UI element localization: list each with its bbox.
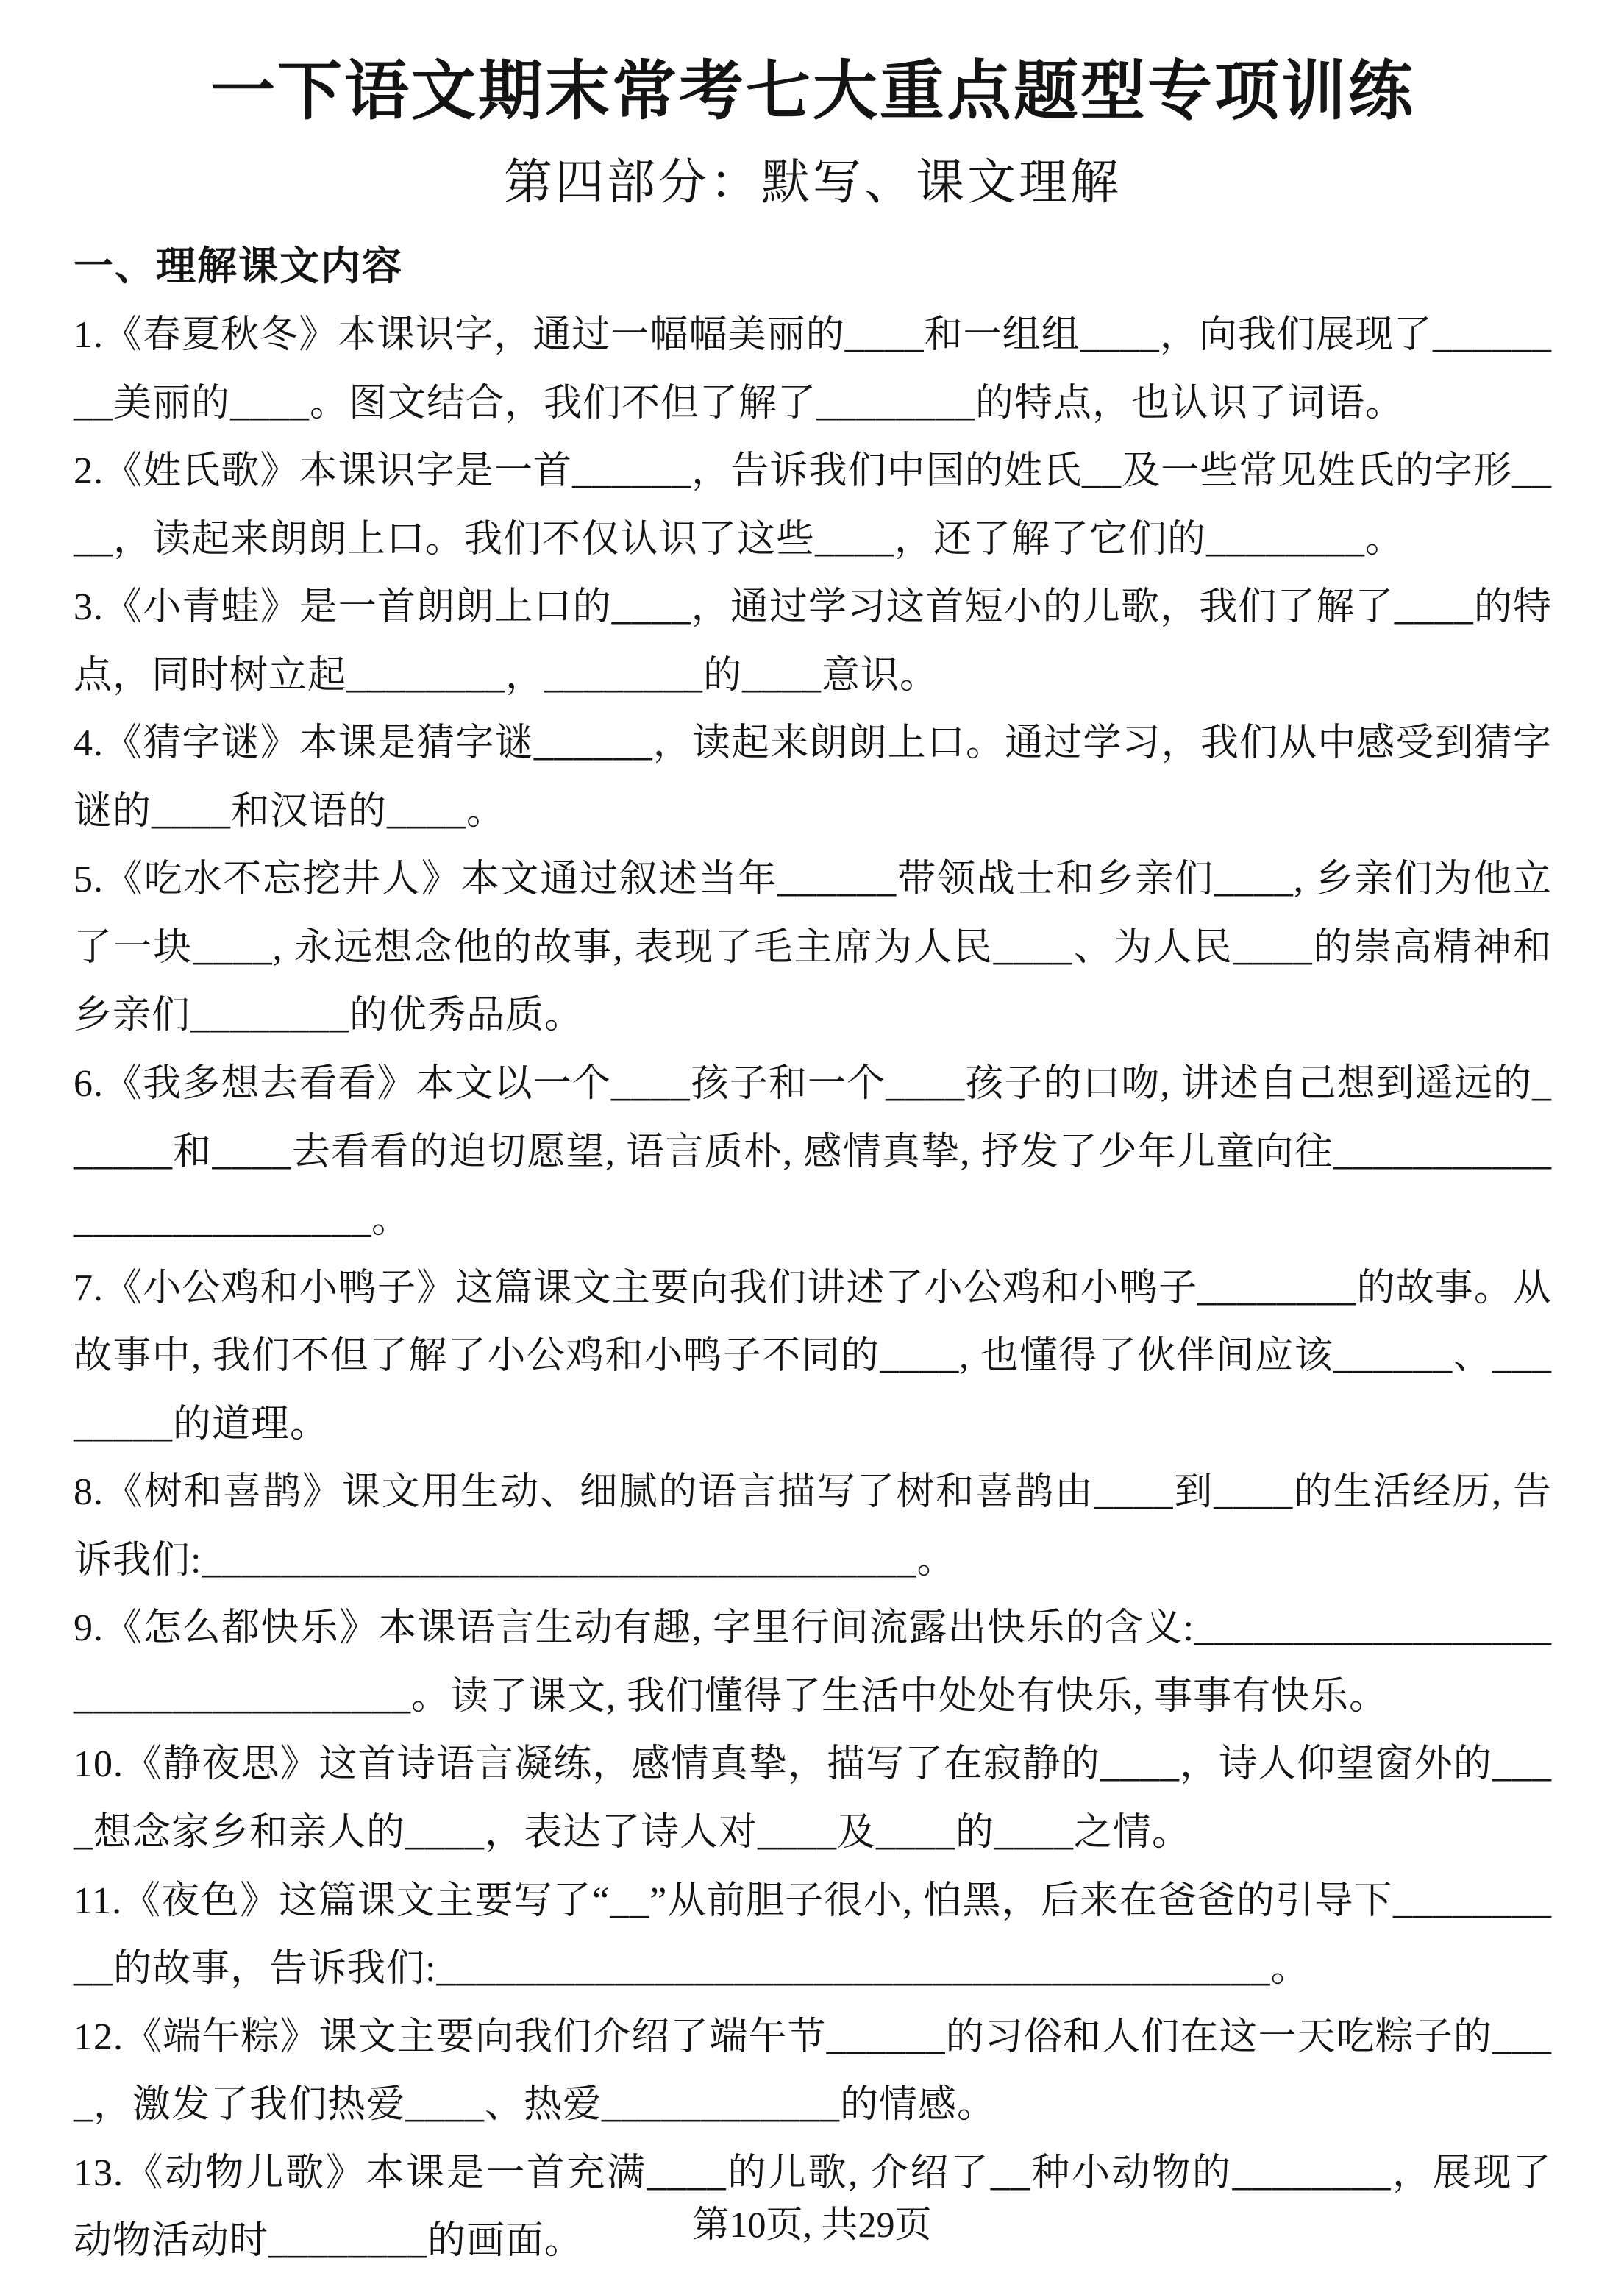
- question-item-9: 9.《怎么都快乐》本课语言生动有趣, 字里行间流露出快乐的含义:________…: [74, 1595, 1552, 1731]
- page-footer: 第10页, 共29页: [0, 2195, 1624, 2248]
- question-item-1: 1.《春夏秋冬》本课识字，通过一幅幅美丽的____和一组组____，向我们展现了…: [74, 302, 1552, 438]
- question-item-5: 5.《吃水不忘挖井人》本文通过叙述当年______带领战士和乡亲们____, 乡…: [74, 846, 1552, 1050]
- question-item-2: 2.《姓氏歌》本课识字是一首______，告诉我们中国的姓氏__及一些常见姓氏的…: [74, 438, 1552, 574]
- question-item-4: 4.《猜字谜》本课是猜字谜______，读起来朗朗上口。通过学习，我们从中感受到…: [74, 710, 1552, 846]
- worksheet-page: 一下语文期末常考七大重点题型专项训练 第四部分：默写、课文理解 一、理解课文内容…: [0, 0, 1624, 2276]
- document-subtitle: 第四部分：默写、课文理解: [74, 143, 1552, 213]
- question-item-12: 12.《端午粽》课文主要向我们介绍了端午节______的习俗和人们在这一天吃粽子…: [74, 2004, 1552, 2140]
- question-item-3: 3.《小青蛙》是一首朗朗上口的____，通过学习这首短小的儿歌，我们了解了___…: [74, 574, 1552, 710]
- question-item-10: 10.《静夜思》这首诗语言凝练，感情真挚，描写了在寂静的____，诗人仰望窗外的…: [74, 1731, 1552, 1867]
- question-item-11: 11.《夜色》这篇课文主要写了“__”从前胆子很小, 怕黑，后来在爸爸的引导下_…: [74, 1868, 1552, 2004]
- section-heading: 一、理解课文内容: [74, 235, 1552, 291]
- question-item-7: 7.《小公鸡和小鸭子》这篇课文主要向我们讲述了小公鸡和小鸭子________的故…: [74, 1255, 1552, 1459]
- question-item-6: 6.《我多想去看看》本文以一个____孩子和一个____孩子的口吻, 讲述自己想…: [74, 1050, 1552, 1255]
- question-item-8: 8.《树和喜鹊》课文用生动、细腻的语言描写了树和喜鹊由____到____的生活经…: [74, 1459, 1552, 1595]
- document-title: 一下语文期末常考七大重点题型专项训练: [74, 40, 1552, 132]
